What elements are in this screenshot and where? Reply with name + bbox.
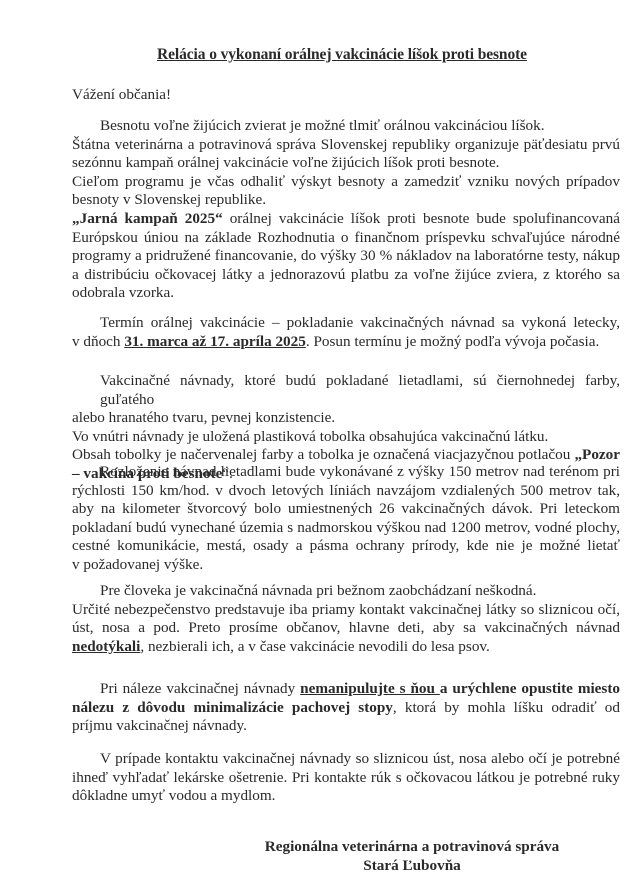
text-line: príjmu vakcinačnej návnady. [72,717,620,736]
text-fragment: v dňoch [72,333,124,350]
emphasis-leave: a urýchlene opustite miesto [440,680,620,697]
text-line: v dňoch 31. marca až 17. apríla 2025. Po… [72,333,620,352]
text-line: cestné komunikácie, mestá, osady a pásma… [72,537,620,556]
paragraph-safety: Pre človeka je vakcinačná návnada pri be… [72,582,620,656]
paragraph-contact: V prípade kontaktu vakcinačnej návnady s… [72,750,620,806]
vaccination-dates: 31. marca až 17. apríla 2025 [124,333,306,350]
text-line: v požadovanej výške. [72,556,620,575]
warning-label: „Pozor [574,446,620,463]
text-line: odobrala vzorka. [72,284,620,303]
paragraph-intro: Besnotu voľne žijúcich zvierat je možné … [72,117,620,210]
text-line: besnoty v Slovenskej republike. [72,191,620,210]
paragraph-distribution: Rozloženie návnad lietadlami bude vykoná… [72,463,620,575]
text-fragment: Pri náleze vakcinačnej návnady [100,680,300,697]
text-line: Vakcinačné návnady, ktoré budú pokladané… [72,372,620,409]
text-line: V prípade kontaktu vakcinačnej návnady s… [72,750,620,769]
emphasis-do-not-handle: nemanipulujte s ňou [300,680,440,697]
text-line: nedotýkali, nezbierali ich, a v čase vak… [72,638,620,657]
text-line: Európskou úniou na základe Rozhodnutia o… [72,229,620,248]
emphasis-do-not-touch: nedotýkali [72,638,140,655]
text-line: aby na kilometer štvorcový bolo umiestne… [72,500,620,519]
text-line: programy a pridružené financovanie, do v… [72,247,620,266]
text-line: rýchlosti 150 km/hod. v dvoch letových l… [72,482,620,501]
text-line: sezónnu kampaň orálnej vakcinácie voľne … [72,154,620,173]
paragraph-dates: Termín orálnej vakcinácie – pokladanie v… [72,314,620,351]
text-line: a distribúciu očkovacej látky a jednoraz… [72,266,620,285]
document-title: Relácia o vykonaní orálnej vakcinácie lí… [0,46,644,65]
text-line: Vo vnútri návnady je uložená plastiková … [72,428,620,447]
text-line: „Jarná kampaň 2025“ orálnej vakcinácie l… [72,210,620,229]
text-fragment: , nezbierali ich, a v čase vakcinácie ne… [140,638,489,655]
signature-location: Stará Ľubovňa [0,857,644,876]
emphasis-leave: nálezu z dôvodu minimalizácie pachovej s… [72,699,393,716]
signature-organization: Regionálna veterinárna a potravinová spr… [0,838,644,857]
text-fragment: . Posun termínu je možný podľa vývoja po… [306,333,599,350]
text-line: Pri náleze vakcinačnej návnady nemanipul… [72,680,620,699]
text-line: nálezu z dôvodu minimalizácie pachovej s… [72,699,620,718]
campaign-name: „Jarná kampaň 2025“ [72,210,223,227]
text-line: alebo hranatého tvaru, pevnej konzistenc… [72,409,620,428]
text-fragment: Obsah tobolky je načervenalej farby a to… [72,446,574,463]
text-fragment: , ktorá by mohla líšku odradiť od [393,699,620,716]
document-page: Relácia o vykonaní orálnej vakcinácie lí… [0,0,644,892]
text-line: Rozloženie návnad lietadlami bude vykoná… [72,463,620,482]
paragraph-found-bait: Pri náleze vakcinačnej návnady nemanipul… [72,680,620,736]
text-line: pokladaní budú vynechané územia s nadmor… [72,519,620,538]
text-line: úst, nosa a pod. Preto prosíme občanov, … [72,619,620,638]
text-line: Štátna veterinárna a potravinová správa … [72,136,620,155]
text-line: Termín orálnej vakcinácie – pokladanie v… [72,314,620,333]
text-line: Cieľom programu je včas odhaliť výskyt b… [72,173,620,192]
text-line: Pre človeka je vakcinačná návnada pri be… [72,582,620,601]
salutation: Vážení občania! [72,86,171,105]
text-line: Určité nebezpečenstvo predstavuje iba pr… [72,601,620,620]
text-line: Besnotu voľne žijúcich zvierat je možné … [72,117,620,136]
text-line: dôkladne umyť vodou a mydlom. [72,787,620,806]
text-fragment: orálnej vakcinácie líšok proti besnote b… [223,210,620,227]
text-line: ihneď vyhľadať lekárske ošetrenie. Pri k… [72,769,620,788]
paragraph-funding: „Jarná kampaň 2025“ orálnej vakcinácie l… [72,210,620,303]
